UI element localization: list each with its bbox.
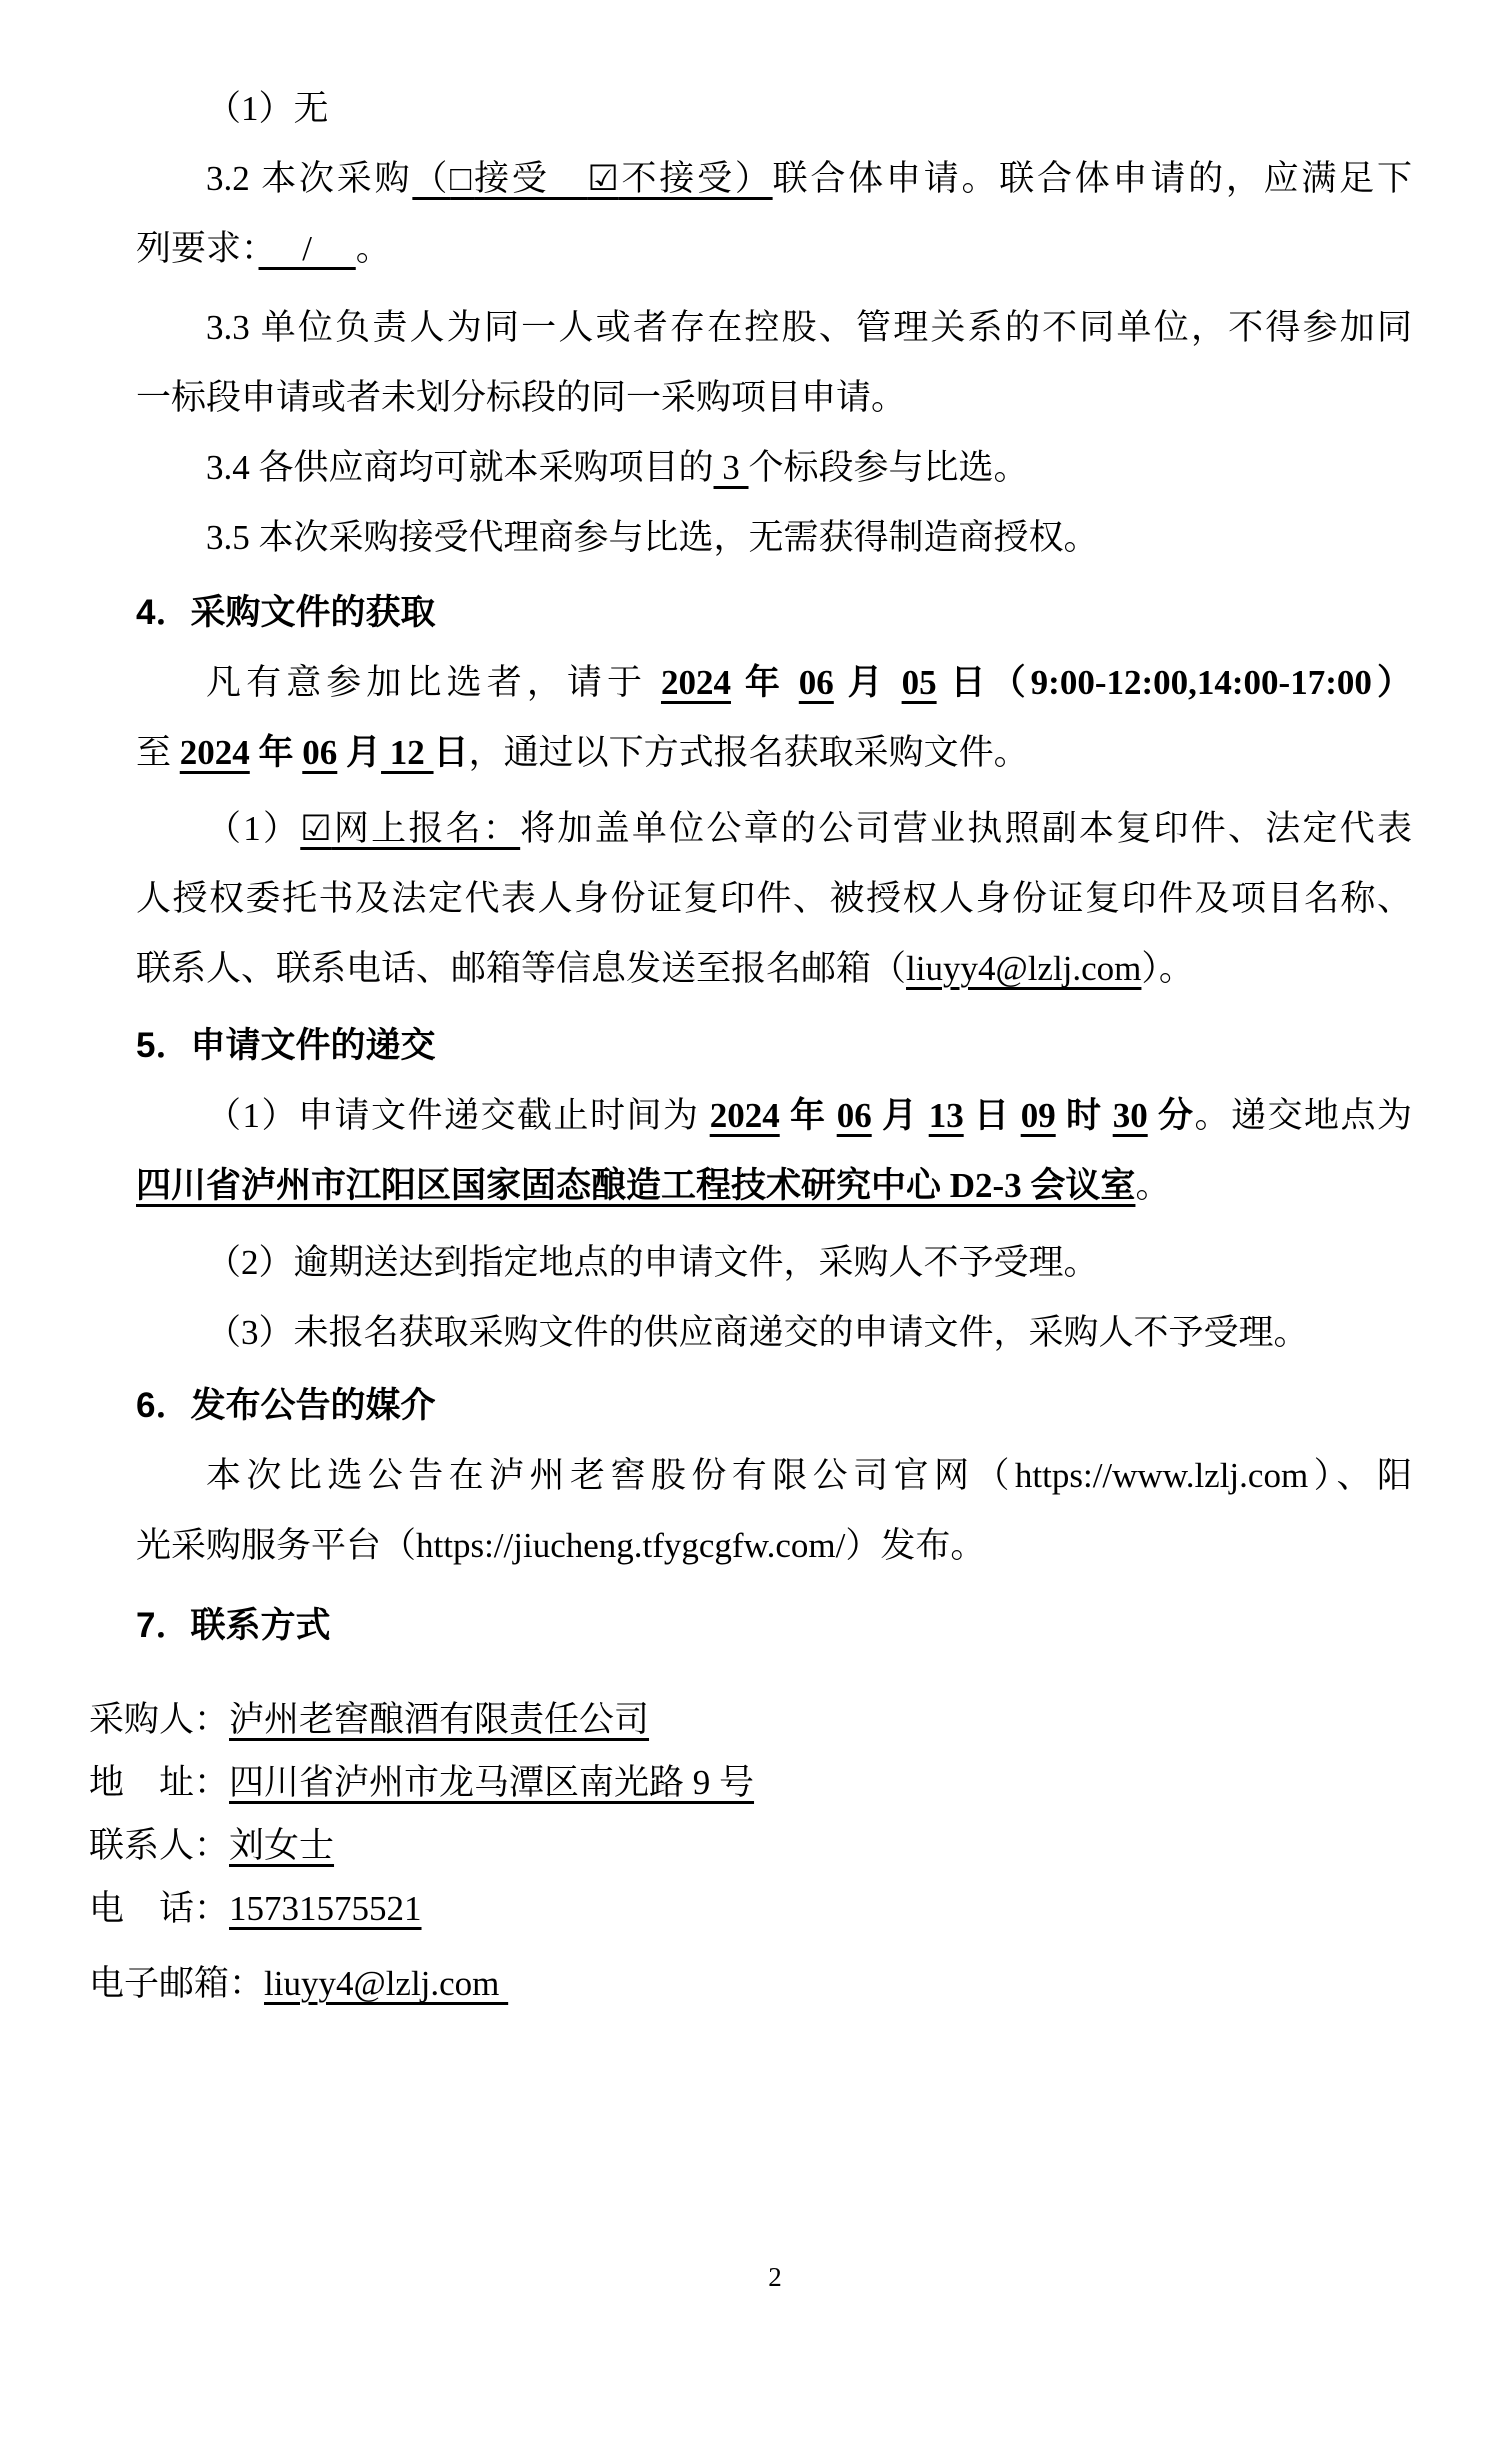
contact-phone: 电 话：15731575521	[89, 1877, 1412, 1940]
contact-address: 地 址：四川省泸州市龙马潭区南光路 9 号	[89, 1751, 1412, 1814]
text-run: ）。	[1141, 949, 1194, 988]
text-run: （3）未报名获取采购文件的供应商递交的申请文件，采购人不予受理。	[206, 1313, 1309, 1352]
text-run: 凡有意参加比选者，请于	[206, 663, 661, 702]
text-run: 3.5 本次采购接受代理商参与比选，无需获得制造商授权。	[206, 518, 1099, 557]
document-page: （1）无 3.2 本次采购（□接受 ☑不接受）联合体申请。联合体申请的，应满足下…	[0, 0, 1500, 2463]
text-run: 2024	[180, 733, 250, 772]
para-1-none: （1）无	[136, 74, 1412, 144]
text-run: 个标段参与比选。	[749, 448, 1029, 487]
purchaser-label: 采购人：	[89, 1700, 229, 1739]
checkbox-checked-icon: ☑	[300, 809, 331, 848]
text-run: 4．采购文件的获取	[136, 593, 435, 632]
text-run: （9:00-12:00,14:00-17:00）	[991, 663, 1412, 702]
text-run: 列要求：	[136, 229, 259, 268]
text-run: 。	[356, 229, 391, 268]
text-run: 人授权委托书及法定代表人身份证复印件、被授权人身份证复印件及项目名称、	[136, 879, 1412, 918]
para-3-2-line2: 列要求： / 。	[136, 214, 1412, 284]
text-run: 。	[1135, 1166, 1170, 1205]
text-run: 光采购服务平台（https://jiucheng.tfygcgfw.com/）发…	[136, 1526, 985, 1565]
heading-6: 6．发布公告的媒介	[136, 1371, 1412, 1441]
para-4-1-line1: （1）☑网上报名：将加盖单位公章的公司营业执照副本复印件、法定代表	[136, 794, 1412, 864]
text-run: 3.4 各供应商均可就本采购项目的	[206, 448, 714, 487]
text-run: 月	[834, 663, 902, 702]
para-3-4: 3.4 各供应商均可就本采购项目的 3 个标段参与比选。	[136, 433, 1412, 503]
text-run: 12	[381, 733, 434, 772]
heading-7: 7．联系方式	[136, 1591, 1412, 1661]
para-4-1-line3: 联系人、联系电话、邮箱等信息发送至报名邮箱（liuyy4@lzlj.com）。	[136, 934, 1412, 1004]
text-run: 7．联系方式	[136, 1606, 330, 1645]
para-3-3-line2: 一标段申请或者未划分标段的同一采购项目申请。	[136, 363, 1412, 433]
text-run: 6．发布公告的媒介	[136, 1386, 435, 1425]
para-5-1-line1: （1）申请文件递交截止时间为 2024 年 06 月 13 日 09 时 30 …	[136, 1081, 1412, 1151]
text-run: 日	[937, 663, 991, 702]
checkbox-checked-icon: ☑	[587, 159, 618, 198]
purchaser-value: 泸州老窖酿酒有限责任公司	[229, 1700, 649, 1739]
text-run: 本次比选公告在泸州老窖股份有限公司官网（https://www.lzlj.com…	[206, 1456, 1412, 1495]
address-value: 四川省泸州市龙马潭区南光路 9 号	[229, 1763, 754, 1802]
checkbox-unchecked-icon: □	[450, 159, 474, 198]
text-run: 月	[872, 1096, 929, 1135]
text-run: 日	[434, 733, 469, 772]
text-run: 13	[929, 1096, 964, 1135]
email-label: 电子邮箱：	[89, 1964, 264, 2003]
text-run: 3.2 本次采购	[206, 159, 412, 198]
text-run: 网上报名：	[332, 809, 521, 848]
lot-count-value: 3	[714, 448, 749, 487]
heading-5: 5．申请文件的递交	[136, 1011, 1412, 1081]
page-number: 2	[768, 2260, 782, 2294]
text-run: 至	[136, 733, 180, 772]
text-run: （2）逾期送达到指定地点的申请文件，采购人不予受理。	[206, 1243, 1099, 1282]
text-run: 2024	[661, 663, 731, 702]
contact-person: 联系人：刘女士	[89, 1814, 1412, 1877]
text-run: （1）	[206, 809, 300, 848]
para-6-line1: 本次比选公告在泸州老窖股份有限公司官网（https://www.lzlj.com…	[136, 1441, 1412, 1511]
text-run: （1）申请文件递交截止时间为	[206, 1096, 710, 1135]
text-run: 联系人、联系电话、邮箱等信息发送至报名邮箱（	[136, 949, 906, 988]
text-run: ，通过以下方式报名获取采购文件。	[469, 733, 1029, 772]
contact-person-value: 刘女士	[229, 1826, 334, 1865]
text-run: 月	[337, 733, 381, 772]
text-run: 09	[1021, 1096, 1056, 1135]
text-run: 年	[780, 1096, 837, 1135]
text-run: 不接受）	[619, 159, 773, 198]
text-run: 时	[1056, 1096, 1113, 1135]
text-run: 。递交地点为	[1194, 1096, 1412, 1135]
contact-email: 电子邮箱：liuyy4@lzlj.com	[89, 1952, 1412, 2015]
text-run: 联合体申请。联合体申请的，应满足下	[773, 159, 1412, 198]
submission-location-value: 四川省泸州市江阳区国家固态酿造工程技术研究中心 D2-3 会议室	[136, 1166, 1135, 1205]
para-3-5: 3.5 本次采购接受代理商参与比选，无需获得制造商授权。	[136, 503, 1412, 573]
text-run: 05	[902, 663, 937, 702]
text-run: 3.3 单位负责人为同一人或者存在控股、管理关系的不同单位，不得参加同	[206, 308, 1412, 347]
document-content: （1）无 3.2 本次采购（□接受 ☑不接受）联合体申请。联合体申请的，应满足下…	[0, 0, 1500, 2015]
text-run: （	[412, 159, 450, 198]
para-5-2: （2）逾期送达到指定地点的申请文件，采购人不予受理。	[136, 1228, 1412, 1298]
para-5-3: （3）未报名获取采购文件的供应商递交的申请文件，采购人不予受理。	[136, 1298, 1412, 1368]
text-run: 年	[731, 663, 799, 702]
blank-slash-value: /	[259, 229, 356, 268]
para-4-1-line2: 人授权委托书及法定代表人身份证复印件、被授权人身份证复印件及项目名称、	[136, 864, 1412, 934]
text-run: 5．申请文件的递交	[136, 1026, 435, 1065]
para-3-3-line1: 3.3 单位负责人为同一人或者存在控股、管理关系的不同单位，不得参加同	[136, 293, 1412, 363]
phone-value: 15731575521	[229, 1889, 422, 1928]
text-run: 06	[837, 1096, 872, 1135]
signup-email-value: liuyy4@lzlj.com	[906, 949, 1141, 988]
text-run: 日	[964, 1096, 1021, 1135]
email-value: liuyy4@lzlj.com	[264, 1964, 508, 2003]
text-run: 一标段申请或者未划分标段的同一采购项目申请。	[136, 378, 906, 417]
para-3-2-line1: 3.2 本次采购（□接受 ☑不接受）联合体申请。联合体申请的，应满足下	[136, 144, 1412, 214]
phone-label: 电 话：	[89, 1889, 229, 1928]
text-run: （1）无	[206, 89, 329, 128]
text-run: 2024	[710, 1096, 780, 1135]
text-run: 接受	[474, 159, 587, 198]
text-run: 30	[1113, 1096, 1148, 1135]
para-5-1-line2: 四川省泸州市江阳区国家固态酿造工程技术研究中心 D2-3 会议室。	[136, 1151, 1412, 1221]
contact-person-label: 联系人：	[89, 1826, 229, 1865]
contact-purchaser: 采购人：泸州老窖酿酒有限责任公司	[89, 1688, 1412, 1751]
text-run: 年	[250, 733, 303, 772]
text-run: 分	[1148, 1096, 1195, 1135]
text-run: 06	[302, 733, 337, 772]
text-run: 06	[799, 663, 834, 702]
heading-4: 4．采购文件的获取	[136, 578, 1412, 648]
para-4-line2: 至 2024 年 06 月 12 日，通过以下方式报名获取采购文件。	[136, 718, 1412, 788]
para-6-line2: 光采购服务平台（https://jiucheng.tfygcgfw.com/）发…	[136, 1511, 1412, 1581]
address-label: 地 址：	[89, 1763, 229, 1802]
para-4-line1: 凡有意参加比选者，请于 2024 年 06 月 05 日（9:00-12:00,…	[136, 648, 1412, 718]
text-run: 将加盖单位公章的公司营业执照副本复印件、法定代表	[520, 809, 1412, 848]
